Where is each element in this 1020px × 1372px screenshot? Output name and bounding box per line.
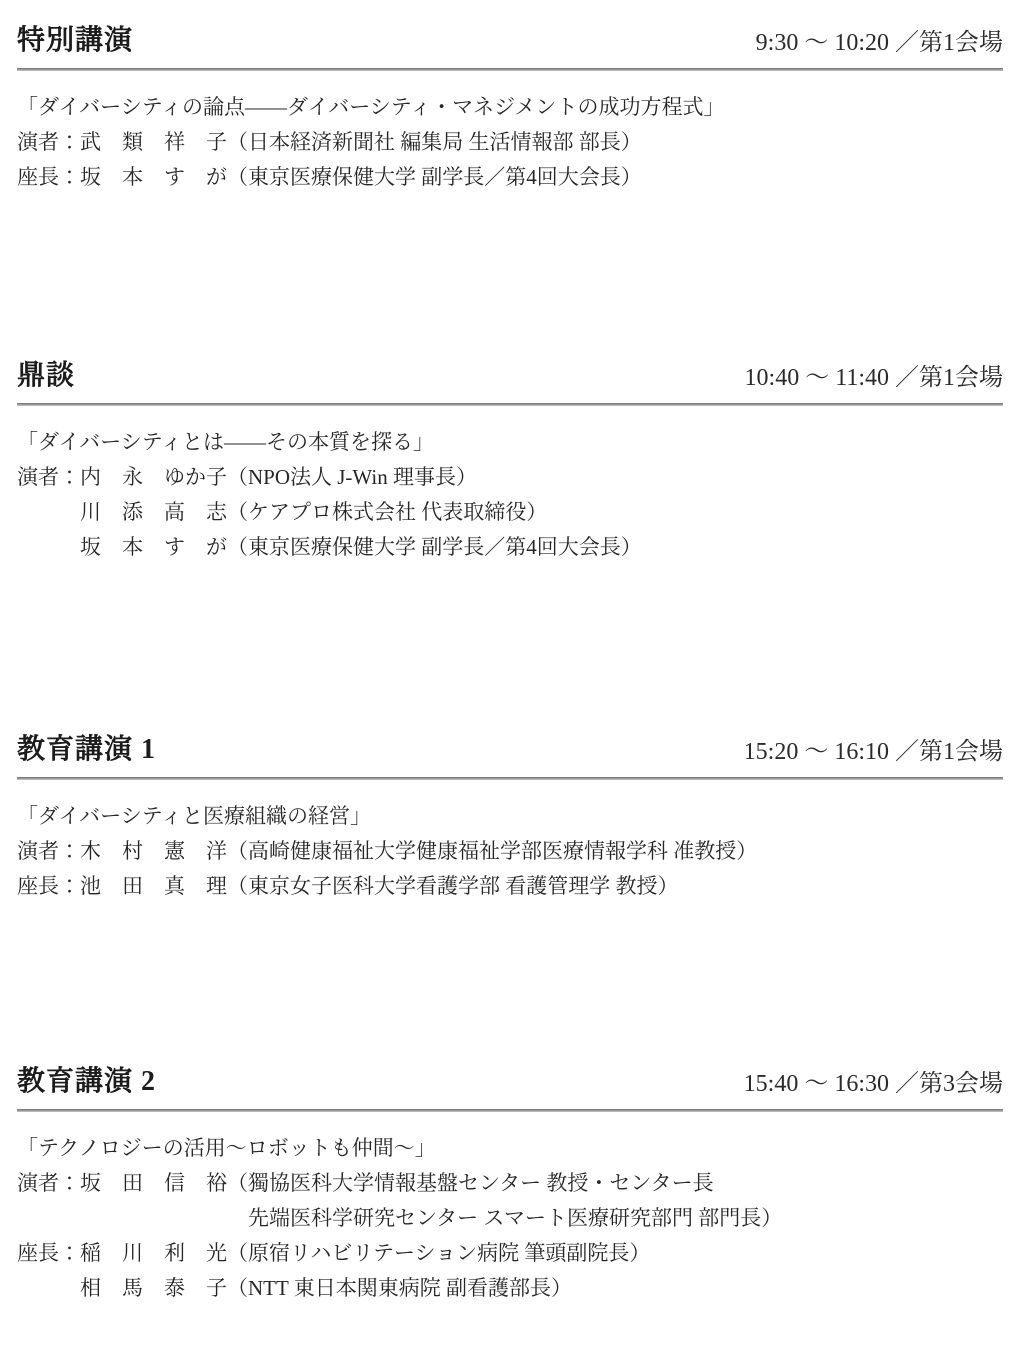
section-heading: 鼎談 bbox=[17, 359, 75, 393]
section-body: 「テクノロジーの活用～ロボットも仲間～」 演者：坂 田 信 裕（獨協医科大学情報… bbox=[17, 1112, 1003, 1306]
speaker-line: 坂 本 す が（東京医療保健大学 副学長／第4回大会長） bbox=[17, 530, 1003, 565]
section-educational-lecture-2: 教育講演 2 15:40 ～ 16:30 ／第3会場 「テクノロジーの活用～ロボ… bbox=[17, 1065, 1003, 1306]
session-title: 「ダイバーシティとは——その本質を探る」 bbox=[17, 425, 1003, 460]
session-title: 「ダイバーシティと医療組織の経営」 bbox=[17, 799, 1003, 834]
section-header: 特別講演 9:30 ～ 10:20 ／第1会場 bbox=[17, 24, 1003, 68]
section-tripartite-talk: 鼎談 10:40 ～ 11:40 ／第1会場 「ダイバーシティとは——その本質を… bbox=[17, 359, 1003, 565]
section-schedule: 15:40 ～ 16:30 ／第3会場 bbox=[744, 1069, 1003, 1099]
section-heading: 教育講演 2 bbox=[17, 1065, 156, 1099]
section-educational-lecture-1: 教育講演 1 15:20 ～ 16:10 ／第1会場 「ダイバーシティと医療組織… bbox=[17, 733, 1003, 904]
speaker-line: 演者：武 類 祥 子（日本経済新聞社 編集局 生活情報部 部長） bbox=[17, 125, 1003, 160]
speaker-line: 演者：木 村 憲 洋（高崎健康福祉大学健康福祉学部医療情報学科 准教授） bbox=[17, 834, 1003, 869]
session-title: 「ダイバーシティの論点——ダイバーシティ・マネジメントの成功方程式」 bbox=[17, 90, 1003, 125]
speaker-line: 演者：内 永 ゆか子（NPO法人 J-Win 理事長） bbox=[17, 460, 1003, 495]
section-schedule: 9:30 ～ 10:20 ／第1会場 bbox=[756, 28, 1003, 58]
section-body: 「ダイバーシティとは——その本質を探る」 演者：内 永 ゆか子（NPO法人 J-… bbox=[17, 406, 1003, 565]
chair-line: 相 馬 泰 子（NTT 東日本関東病院 副看護部長） bbox=[17, 1271, 1003, 1306]
section-body: 「ダイバーシティと医療組織の経営」 演者：木 村 憲 洋（高崎健康福祉大学健康福… bbox=[17, 780, 1003, 904]
section-schedule: 10:40 ～ 11:40 ／第1会場 bbox=[745, 363, 1003, 393]
section-schedule: 15:20 ～ 16:10 ／第1会場 bbox=[744, 737, 1003, 767]
program-page: 特別講演 9:30 ～ 10:20 ／第1会場 「ダイバーシティの論点——ダイバ… bbox=[0, 0, 1020, 1372]
speaker-line: 演者：坂 田 信 裕（獨協医科大学情報基盤センター 教授・センター長 bbox=[17, 1166, 1003, 1201]
section-header: 教育講演 1 15:20 ～ 16:10 ／第1会場 bbox=[17, 733, 1003, 777]
chair-line: 座長：坂 本 す が（東京医療保健大学 副学長／第4回大会長） bbox=[17, 160, 1003, 195]
section-header: 教育講演 2 15:40 ～ 16:30 ／第3会場 bbox=[17, 1065, 1003, 1109]
section-header: 鼎談 10:40 ～ 11:40 ／第1会場 bbox=[17, 359, 1003, 403]
section-heading: 特別講演 bbox=[17, 24, 133, 58]
section-heading: 教育講演 1 bbox=[17, 733, 156, 767]
session-title: 「テクノロジーの活用～ロボットも仲間～」 bbox=[17, 1131, 1003, 1166]
speaker-line-continuation: 先端医科学研究センター スマート医療研究部門 部門長） bbox=[17, 1201, 1003, 1236]
speaker-line: 川 添 高 志（ケアプロ株式会社 代表取締役） bbox=[17, 495, 1003, 530]
section-body: 「ダイバーシティの論点——ダイバーシティ・マネジメントの成功方程式」 演者：武 … bbox=[17, 71, 1003, 195]
chair-line: 座長：稲 川 利 光（原宿リハビリテーション病院 筆頭副院長） bbox=[17, 1236, 1003, 1271]
section-special-lecture: 特別講演 9:30 ～ 10:20 ／第1会場 「ダイバーシティの論点——ダイバ… bbox=[17, 24, 1003, 195]
chair-line: 座長：池 田 真 理（東京女子医科大学看護学部 看護管理学 教授） bbox=[17, 869, 1003, 904]
